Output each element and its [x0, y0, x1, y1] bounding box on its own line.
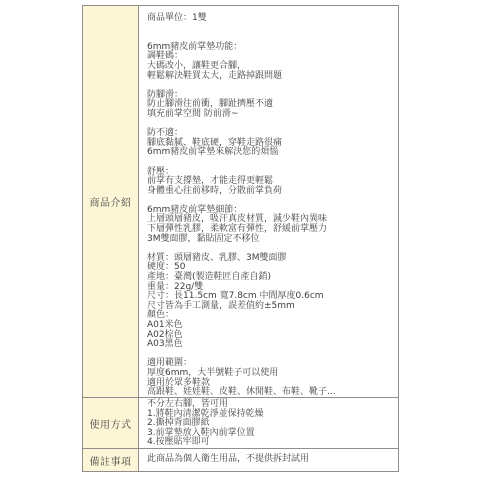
- row-remarks: 備註事項 此商品為個人衛生用品，不提供拆封試用: [83, 449, 398, 471]
- content-line: A02棕色: [147, 331, 392, 341]
- content-line: [147, 24, 392, 34]
- row-label-product-intro: 商品介紹: [83, 6, 139, 397]
- content-line: A01米色: [147, 321, 392, 331]
- content-line: 高跟鞋、娃娃鞋、皮鞋、休閒鞋、布鞋、靴子...: [147, 388, 392, 397]
- row-product-intro: 商品介紹 商品單位：1雙 6mm豬皮前掌墊功能：調鞋碼：大碼改小，讓鞋更合腳，輕…: [83, 6, 398, 398]
- content-line: 此商品為個人衛生用品，不提供拆封試用: [147, 455, 309, 465]
- content-line: [147, 158, 392, 168]
- content-line: 4.按壓貼牢即可: [147, 438, 392, 448]
- usage-instructions-content: 不分左右腳，皆可用1.將鞋內清潔乾淨並保持乾燥2.撕掉背面膠紙3.前掌墊放入鞋內…: [139, 398, 398, 448]
- product-intro-content: 商品單位：1雙 6mm豬皮前掌墊功能：調鞋碼：大碼改小，讓鞋更合腳，輕鬆解決鞋買…: [139, 6, 398, 397]
- row-usage-instructions: 使用方式 不分左右腳，皆可用1.將鞋內清潔乾淨並保持乾燥2.撕掉背面膠紙3.前掌…: [83, 398, 398, 449]
- content-line: 6mm豬皮前掌墊功能：: [147, 43, 392, 53]
- content-line: 填充前掌空間 防前滑~: [147, 110, 392, 120]
- row-label-remarks: 備註事項: [83, 449, 139, 471]
- content-line: 商品單位：1雙: [147, 14, 392, 24]
- content-line: 6mm豬皮前掌墊來解決您的煩惱: [147, 148, 392, 158]
- content-line: 尺寸皆為手工測量，誤差值約±5mm: [147, 302, 392, 312]
- content-line: A03黑色: [147, 340, 392, 350]
- content-line: 3M雙面膠，黏貼固定不移位: [147, 235, 392, 245]
- remarks-content: 此商品為個人衛生用品，不提供拆封試用: [139, 449, 398, 471]
- content-line: 身體重心往前移時，分散前掌負荷: [147, 187, 392, 197]
- content-line: 顏色：: [147, 311, 392, 321]
- row-label-usage-instructions: 使用方式: [83, 398, 139, 448]
- product-spec-table: 商品介紹 商品單位：1雙 6mm豬皮前掌墊功能：調鞋碼：大碼改小，讓鞋更合腳，輕…: [82, 5, 399, 472]
- content-line: [147, 120, 392, 130]
- content-line: [147, 81, 392, 91]
- content-line: 輕鬆解決鞋買太大，走路掉跟問題: [147, 72, 392, 82]
